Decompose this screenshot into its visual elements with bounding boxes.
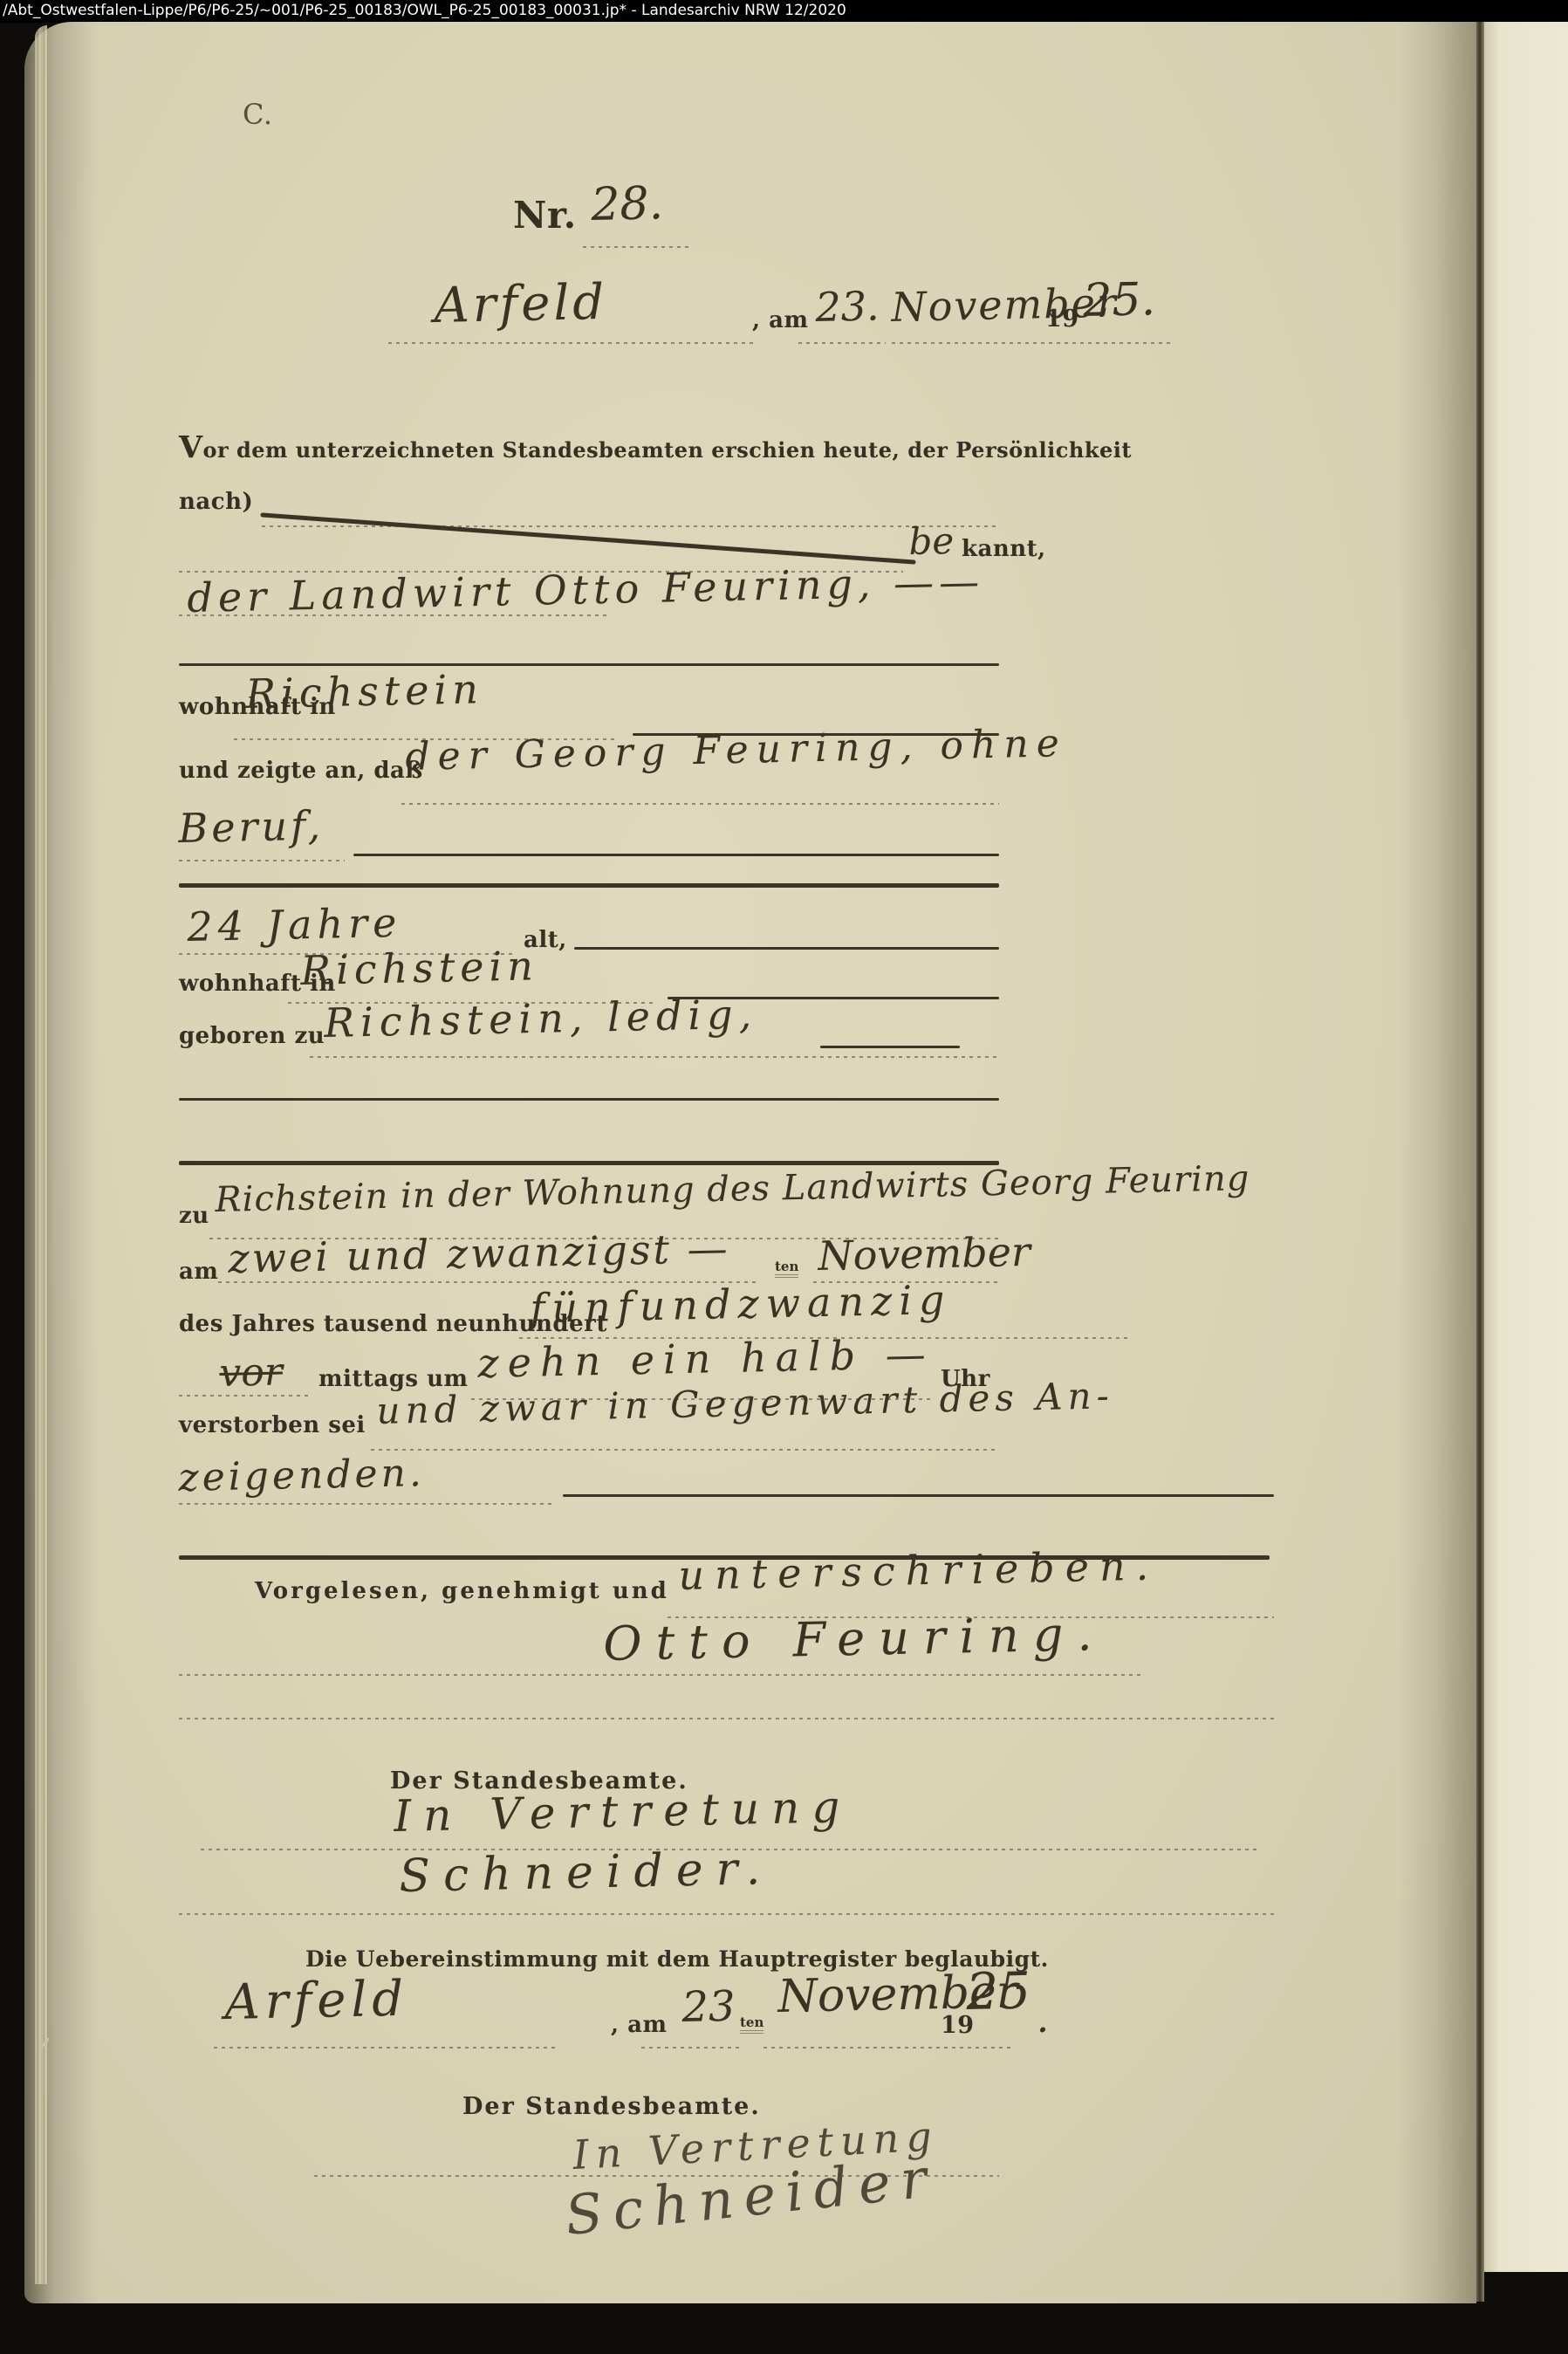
ink-stroke [574, 947, 999, 950]
dotted-underline [401, 803, 999, 805]
certification-year: 25 [966, 1960, 1031, 2021]
birth-label: geboren zu [179, 1023, 325, 1049]
certification-am-label: , am [611, 2012, 667, 2038]
death-date-label: am [179, 1259, 218, 1285]
death-time-ampm: vor [219, 1349, 283, 1396]
closing-label: Vorgelesen, genehmigt und [255, 1578, 669, 1604]
section-rule [179, 1161, 999, 1165]
dotted-underline [179, 1913, 1274, 1915]
window-title-bar: /Abt_Ostwestfalen-Lippe/P6/P6-25/~001/P6… [0, 0, 1568, 23]
dotted-underline [763, 2047, 1012, 2049]
certification-day: 23 [681, 1982, 736, 2032]
report-label: und zeigte an, daß [179, 758, 423, 784]
ink-stroke [820, 1046, 960, 1048]
section-rule [179, 1098, 999, 1101]
book-crease [1476, 22, 1484, 2302]
death-statement-value2: zeigenden. [178, 1451, 425, 1500]
corner-mark: C. [243, 98, 273, 131]
archive-scan-viewer: /Abt_Ostwestfalen-Lippe/P6/P6-25/~001/P6… [0, 0, 1568, 2354]
certification-period: . [1036, 1994, 1050, 2042]
section-rule [179, 883, 999, 888]
dotted-underline [388, 342, 755, 344]
declarant-signature: Otto Feuring. [603, 1606, 1106, 1671]
dateline-am-label: , am [752, 307, 808, 333]
dotted-underline [310, 1056, 999, 1058]
margin-mark: , [39, 2007, 52, 2052]
dotted-underline [179, 614, 611, 616]
residence2-value: Richstein [300, 942, 538, 994]
registrar1-signature: Schneider. [399, 1843, 774, 1903]
dotted-underline [179, 1395, 310, 1397]
dotted-underline [179, 1503, 554, 1505]
closing-value: unterschrieben. [678, 1541, 1160, 1599]
known-handwritten: be [908, 519, 955, 563]
death-statement-label: verstorben sei [179, 1412, 366, 1438]
dotted-underline [179, 860, 345, 861]
dotted-underline [179, 1718, 1274, 1719]
death-date-suffix: ten [775, 1259, 798, 1278]
death-date-month: November [818, 1228, 1031, 1280]
registrar2-label: Der Standesbeamte. [462, 2093, 761, 2120]
dotted-underline [371, 1449, 999, 1451]
ink-stroke [563, 1494, 1274, 1497]
registrar1-deputy: In Vertretung [394, 1781, 852, 1842]
certification-place: Arfeld [224, 1971, 409, 2031]
page-edge-stack [35, 25, 47, 2284]
intro-line1: Vor dem unterzeichneten Standesbeamten e… [179, 429, 1132, 465]
ink-stroke [353, 854, 999, 856]
dateline-century: 19 [1045, 305, 1079, 333]
dotted-underline [892, 342, 1171, 344]
certification-suffix: ten [740, 2014, 763, 2034]
page-fold-shadow [1398, 22, 1476, 2303]
report-value2: Beruf, [178, 802, 325, 852]
dotted-underline [214, 2047, 558, 2049]
age-value: 24 Jahre [187, 899, 402, 951]
residence1-value: Richstein [245, 665, 483, 717]
birth-value: Richstein, ledig, [324, 991, 758, 1047]
death-year-value: fünfundzwanzig [530, 1276, 952, 1332]
dotted-underline [583, 246, 692, 248]
next-page-sliver [1484, 22, 1568, 2272]
dotted-underline [641, 2047, 742, 2049]
intro-line2: nach) [179, 489, 253, 515]
dotted-underline [798, 342, 886, 344]
dateline-place: Arfeld [434, 274, 608, 334]
dotted-underline [179, 1674, 1143, 1676]
dateline-day: 23. [815, 282, 880, 331]
death-place-label: zu [179, 1203, 209, 1229]
dateline-year: 25. [1083, 273, 1156, 327]
ink-rule [179, 663, 999, 666]
record-number-label: Nr. [513, 194, 577, 237]
record-number-value: 28. [591, 177, 664, 231]
